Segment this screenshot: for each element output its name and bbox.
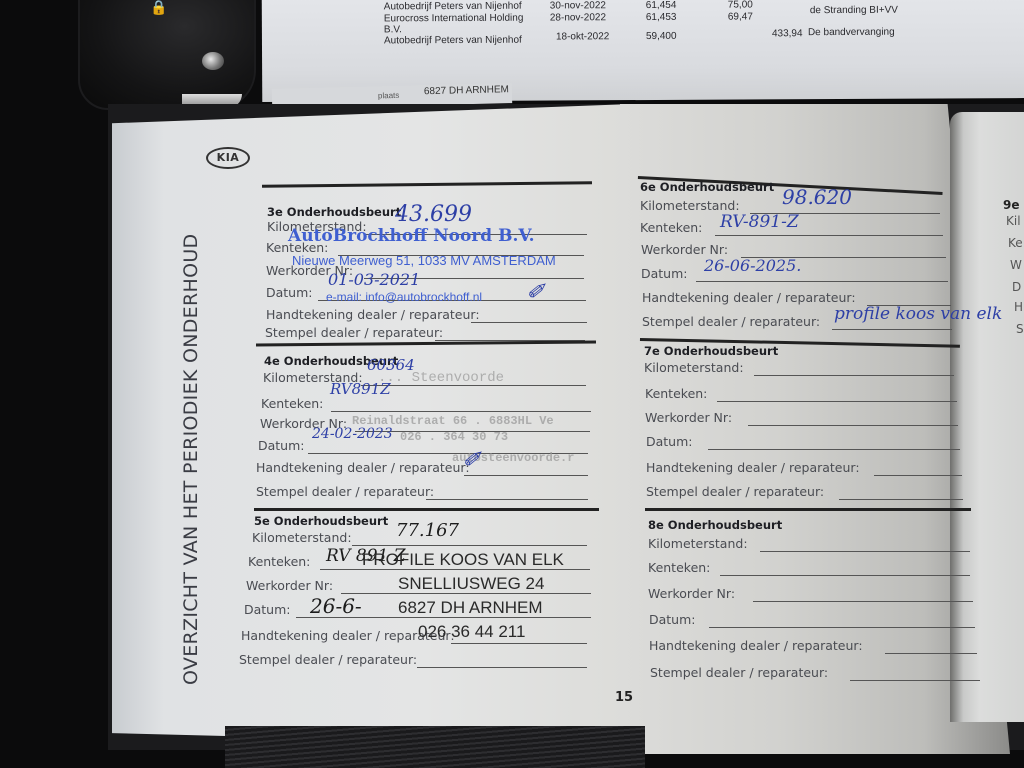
handwritten-km: 77.167 <box>396 520 459 541</box>
field-stempel: Stempel dealer / reparateur: <box>646 484 824 499</box>
page-number: 15 <box>615 690 633 705</box>
field-kilometerstand: Kilometerstand: <box>252 530 352 545</box>
field-label: Stempel dealer / reparateur: <box>265 325 443 340</box>
dealer-stamp-address: SNELLIUSWEG 24 <box>398 574 544 594</box>
field-label: Stempel dealer / reparateur: <box>642 314 820 329</box>
handwritten-km: 60364 <box>367 356 415 374</box>
field-label: Werkorder Nr: <box>645 410 732 425</box>
lock-icon: 🔒 <box>150 0 167 16</box>
next-field-label: S <box>1016 322 1024 336</box>
field-kilometerstand: Kilometerstand: <box>648 536 748 551</box>
section-divider <box>645 508 971 511</box>
handwritten-km: 98.620 <box>782 185 852 209</box>
letter-company: Autobedrijf Peters van Nijenhof <box>384 1 522 13</box>
field-label: Kenteken: <box>648 560 710 575</box>
field-handtekening: Handtekening dealer / reparateur: <box>646 460 860 475</box>
next-field-label: Kil <box>1006 214 1021 228</box>
handwritten-date: 26-06-2025. <box>704 256 801 275</box>
section-divider <box>256 341 596 347</box>
field-stempel: Stempel dealer / reparateur: <box>650 665 828 680</box>
seat-fabric <box>225 726 645 768</box>
field-label: Datum: <box>649 612 696 627</box>
letter-amount: 75,00 <box>728 0 753 11</box>
dealer-stamp-phone: 026 . 364 30 73 <box>400 430 508 444</box>
field-handtekening: Handtekening dealer / reparateur: <box>256 460 470 475</box>
next-field-label: Ke <box>1008 236 1023 250</box>
section-title: 6e Onderhoudsbeurt <box>640 180 774 194</box>
section-title: 8e Onderhoudsbeurt <box>648 518 782 532</box>
field-kenteken: Kenteken: <box>640 220 702 235</box>
section-title: 3e Onderhoudsbeurt <box>267 205 401 219</box>
kia-logo: KIA <box>206 147 250 169</box>
field-label: Handtekening dealer / reparateur: <box>266 307 480 322</box>
field-label: Kenteken: <box>261 396 323 411</box>
field-werkorder: Werkorder Nr: <box>645 410 732 425</box>
next-field-label: W <box>1010 258 1022 272</box>
field-label: Kenteken: <box>640 220 702 235</box>
dealer-stamp-email: e-mail: info@autobrockhoff.nl <box>326 290 482 304</box>
letter-company: Eurocross International Holding <box>384 13 524 25</box>
field-label: Werkorder Nr: <box>648 586 735 601</box>
field-stempel: Stempel dealer / reparateur: <box>256 484 434 499</box>
handwritten-date: 26-6- <box>310 594 362 618</box>
signature-mark: ✐ <box>526 280 544 305</box>
under-sheet-label: plaats <box>378 91 400 101</box>
field-handtekening: Handtekening dealer / reparateur: <box>642 290 856 305</box>
field-stempel: Stempel dealer / reparateur: <box>239 652 417 667</box>
field-datum: Datum: <box>649 612 696 627</box>
field-werkorder: Werkorder Nr: <box>641 242 728 257</box>
dealer-stamp-city: 6827 DH ARNHEM <box>398 598 543 618</box>
handwritten-plate: RV891Z <box>330 380 391 398</box>
next-field-label: H <box>1014 300 1023 314</box>
handwritten-stamp: profile koos van elk <box>834 304 1002 324</box>
field-label: Kilometerstand: <box>644 360 744 375</box>
field-label: Werkorder Nr: <box>641 242 728 257</box>
section-divider <box>262 181 592 187</box>
handwritten-plate: RV-891-Z <box>720 212 799 232</box>
field-label: Werkorder Nr: <box>246 578 333 593</box>
field-datum: Datum: <box>266 285 313 300</box>
field-kenteken: Kenteken: <box>648 560 710 575</box>
letter-cost: 433,94 <box>772 28 803 39</box>
field-label: Datum: <box>266 285 313 300</box>
field-handtekening: Handtekening dealer / reparateur: <box>649 638 863 653</box>
car-key-fob: 🔒 <box>78 0 256 110</box>
field-label: Stempel dealer / reparateur: <box>650 665 828 680</box>
field-datum: Datum: <box>258 438 305 453</box>
field-kenteken: Kenteken: <box>248 554 310 569</box>
next-field-label: D <box>1012 280 1021 294</box>
letter-amount: 69,47 <box>728 11 753 22</box>
letter-company: B.V. <box>384 24 402 35</box>
field-label: Kilometerstand: <box>640 198 740 213</box>
letter-date: 28-nov-2022 <box>550 12 606 23</box>
letter-description: de Stranding BI+VV <box>810 5 898 16</box>
field-label: Kenteken: <box>248 554 310 569</box>
signature-mark: ✐ <box>462 448 480 473</box>
field-datum: Datum: <box>641 266 688 281</box>
field-datum: Datum: <box>244 602 291 617</box>
dealer-stamp-address: Nieuwe Meerweg 51, 1033 MV AMSTERDAM <box>292 253 556 268</box>
field-label: Kenteken: <box>645 386 707 401</box>
field-label: Datum: <box>258 438 305 453</box>
letter-km: 61,454 <box>646 0 677 11</box>
handwritten-date: 24-02-2023 <box>312 426 393 442</box>
field-label: Kilometerstand: <box>648 536 748 551</box>
key-release-button <box>202 52 224 70</box>
field-datum: Datum: <box>646 434 693 449</box>
field-label: Handtekening dealer / reparateur: <box>646 460 860 475</box>
letter-description: De bandvervanging <box>808 27 895 38</box>
field-label: Datum: <box>244 602 291 617</box>
field-kenteken: Kenteken: <box>261 396 323 411</box>
page-title: OVERZICHT VAN HET PERIODIEK ONDERHOUD <box>180 234 202 685</box>
field-kilometerstand: Kilometerstand: <box>644 360 744 375</box>
field-label: Datum: <box>646 434 693 449</box>
field-label: Stempel dealer / reparateur: <box>256 484 434 499</box>
dealer-stamp-name: PROFILE KOOS VAN ELK <box>362 550 564 570</box>
letter-km: 61,453 <box>646 12 677 23</box>
field-stempel: Stempel dealer / reparateur: <box>265 325 443 340</box>
dealer-stamp-phone: 026 36 44 211 <box>418 622 525 642</box>
letter-km: 59,400 <box>646 31 677 42</box>
field-werkorder: Werkorder Nr: <box>246 578 333 593</box>
field-label: Handtekening dealer / reparateur: <box>649 638 863 653</box>
field-label: Handtekening dealer / reparateur: <box>642 290 856 305</box>
handwritten-km: 43.699 <box>395 202 472 227</box>
field-label: Datum: <box>641 266 688 281</box>
under-sheet-value: 6827 DH ARNHEM <box>424 84 509 97</box>
letter-date: 30-nov-2022 <box>550 0 606 11</box>
field-label: Kilometerstand: <box>252 530 352 545</box>
next-section-title: 9e <box>1003 198 1020 212</box>
service-section-7: 7e Onderhoudsbeurt Kilometerstand: Kente… <box>640 338 970 503</box>
field-kilometerstand: Kilometerstand: <box>640 198 740 213</box>
service-section-8: 8e Onderhoudsbeurt Kilometerstand: Kente… <box>645 508 985 688</box>
field-label: Stempel dealer / reparateur: <box>646 484 824 499</box>
section-title: 7e Onderhoudsbeurt <box>644 344 778 358</box>
section-title: 5e Onderhoudsbeurt <box>254 514 388 528</box>
letter-company: Autobedrijf Peters van Nijenhof <box>384 35 522 47</box>
dealer-stamp-name: AutoBrockhoff Noord B.V. <box>288 226 535 246</box>
letter-date: 18-okt-2022 <box>556 31 609 42</box>
field-kenteken: Kenteken: <box>645 386 707 401</box>
section-divider <box>254 508 599 511</box>
handwritten-date: 01-03-2021 <box>328 270 420 289</box>
field-stempel: Stempel dealer / reparateur: <box>642 314 820 329</box>
field-werkorder: Werkorder Nr: <box>648 586 735 601</box>
field-label: Handtekening dealer / reparateur: <box>256 460 470 475</box>
field-label: Stempel dealer / reparateur: <box>239 652 417 667</box>
field-handtekening: Handtekening dealer / reparateur: <box>266 307 480 322</box>
